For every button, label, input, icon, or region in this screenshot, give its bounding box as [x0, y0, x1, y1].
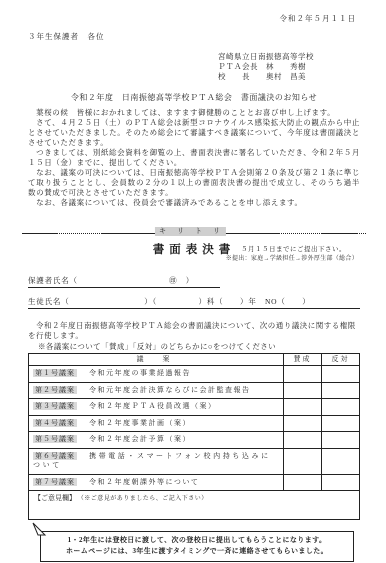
body-paragraph: なお、議案の可決については、日南振徳高等学校ＰＴＡ会則第２０条及び第２１条に準じ…: [28, 168, 360, 198]
oppose-cell: [322, 448, 360, 474]
notice-body: 葉桜の候 皆様におかれましては、ますます御健勝のこととお喜び申し上げます。 さて…: [28, 108, 360, 208]
oppose-cell: [322, 432, 360, 449]
approve-cell: [284, 399, 322, 416]
proposal-text: 令和元年度会計決算ならびに会計監査報告: [89, 386, 251, 394]
oppose-cell: [322, 366, 360, 383]
callout-line: ホームページには、3年生に渡すタイミングで一斉に連絡させてもらいました。: [47, 546, 347, 557]
proposal-number: 第２号議案: [33, 386, 77, 394]
approve-cell: [284, 382, 322, 399]
proposal-number: 第５号議案: [33, 435, 77, 443]
opinion-label: 【ご意見欄】: [34, 494, 76, 502]
opinion-box: 【ご意見欄】 （※ご意見がありましたら、ご記入下さい）: [28, 491, 360, 520]
proposal-text: 令和２年度会計予算（案）: [89, 435, 191, 443]
approve-cell: [284, 415, 322, 432]
opinion-note: （※ご意見がありましたら、ご記入下さい）: [78, 496, 208, 502]
proposal-table: 議 案 賛成 反対 第１号議案令和元年度の事業経過報告 第２号議案令和元年度会計…: [28, 353, 360, 491]
body-paragraph: つきましては、別紙総会資料を御覧の上、書面表決書に署名していただき、令和２年５月…: [28, 148, 360, 168]
proposal-number: 第６号議案: [33, 452, 77, 460]
table-header-row: 議 案 賛成 反対: [29, 354, 360, 366]
student-name-field: 生徒氏名（ ）（ ）科（ ）年 NO（ ）: [28, 296, 360, 309]
table-row: 第１号議案令和元年度の事業経過報告: [29, 366, 360, 383]
approve-cell: [284, 448, 322, 474]
sender-block: 宮崎県立日南振徳高等学校 ＰＴＡ会長 林 秀樹 校 長 奥村 昌美: [218, 52, 358, 82]
sender-principal: 校 長 奥村 昌美: [218, 72, 358, 82]
body-paragraph: さて、４月２５日（土）のＰＴＡ総会は新型コロナウイルス感染拡大防止の観点から中止…: [28, 118, 360, 148]
callout-line: 1・2年生には登校日に渡して、次の登校日に提出してもらうことになります。: [47, 535, 347, 546]
table-row: 第６号議案携帯電話・スマートフォン校内持ち込みについて: [29, 448, 360, 474]
proposal-text: 令和元年度の事業経過報告: [89, 369, 191, 377]
sender-school: 宮崎県立日南振徳高等学校: [218, 52, 358, 62]
ballot-title: 書面表決書: [153, 244, 236, 256]
ballot-statement: 令和２年度日南振徳高等学校ＰＴＡ総会の書面議決について、次の通り議決に関する権限…: [28, 321, 360, 341]
proposal-number: 第３号議案: [33, 402, 77, 410]
table-row: 第５号議案令和２年度会計予算（案）: [29, 432, 360, 449]
proposal-number: 第７号議案: [33, 478, 77, 486]
proposal-text: 令和２年度事業計画（案）: [89, 419, 191, 427]
oppose-cell: [322, 382, 360, 399]
sender-pta-president: ＰＴＡ会長 林 秀樹: [218, 62, 358, 72]
table-row: 第７号議案令和２年度朝課外等について: [29, 474, 360, 491]
approve-cell: [284, 474, 322, 491]
cut-line-label: キ リ ト リ: [155, 227, 226, 236]
oppose-cell: [322, 399, 360, 416]
notice-title: 令和２年度 日南振徳高等学校ＰＴＡ総会 書面議決のお知らせ: [28, 92, 360, 103]
oppose-cell: [322, 474, 360, 491]
proposal-text: 令和２年度ＰＴＡ役員改選（案）: [89, 402, 217, 410]
document-date: 令和２年５月１１日: [28, 14, 360, 24]
body-paragraph: 葉桜の候 皆様におかれましては、ますます御健勝のこととお喜び申し上げます。: [28, 108, 360, 118]
proposal-number: 第４号議案: [33, 419, 77, 427]
table-row: 第２号議案令和元年度会計決算ならびに会計監査報告: [29, 382, 360, 399]
proposal-number: 第１号議案: [33, 369, 77, 377]
proposal-text: 令和２年度朝課外等について: [89, 478, 199, 486]
cut-line: キ リ ト リ: [22, 224, 366, 237]
document-page: 令和２年５月１１日 ３年生保護者 各位 宮崎県立日南振徳高等学校 ＰＴＡ会長 林…: [0, 0, 386, 563]
guardian-name-field: 保護者氏名（ ㊞ ）: [28, 275, 220, 288]
addressee-line: ３年生保護者 各位: [28, 32, 360, 42]
column-header-oppose: 反対: [322, 354, 360, 366]
body-paragraph: なお、各議案については、役員会で審議済みであることを申し添えます。: [28, 198, 360, 208]
oppose-cell: [322, 415, 360, 432]
column-header-proposal: 議 案: [29, 354, 284, 366]
ballot-instruction: ※各議案について「賛成」「反対」のどちらかに○をつけてください: [28, 341, 360, 352]
table-row: 第３号議案令和２年度ＰＴＡ役員改選（案）: [29, 399, 360, 416]
ballot-header: 書面表決書 ５月１５日までにご提出下さい。: [28, 240, 360, 255]
column-header-approve: 賛成: [284, 354, 322, 366]
deadline-note: ５月１５日までにご提出下さい。: [241, 244, 346, 253]
approve-cell: [284, 366, 322, 383]
speech-bubble-tail-icon: [32, 522, 48, 541]
table-row: 第４号議案令和２年度事業計画（案）: [29, 415, 360, 432]
handout-callout: 1・2年生には登校日に渡して、次の登校日に提出してもらうことになります。 ホーム…: [40, 531, 354, 562]
approve-cell: [284, 432, 322, 449]
submission-route-note: ※提出：家庭→学級担任→渉外厚生部（総合）: [28, 255, 360, 263]
